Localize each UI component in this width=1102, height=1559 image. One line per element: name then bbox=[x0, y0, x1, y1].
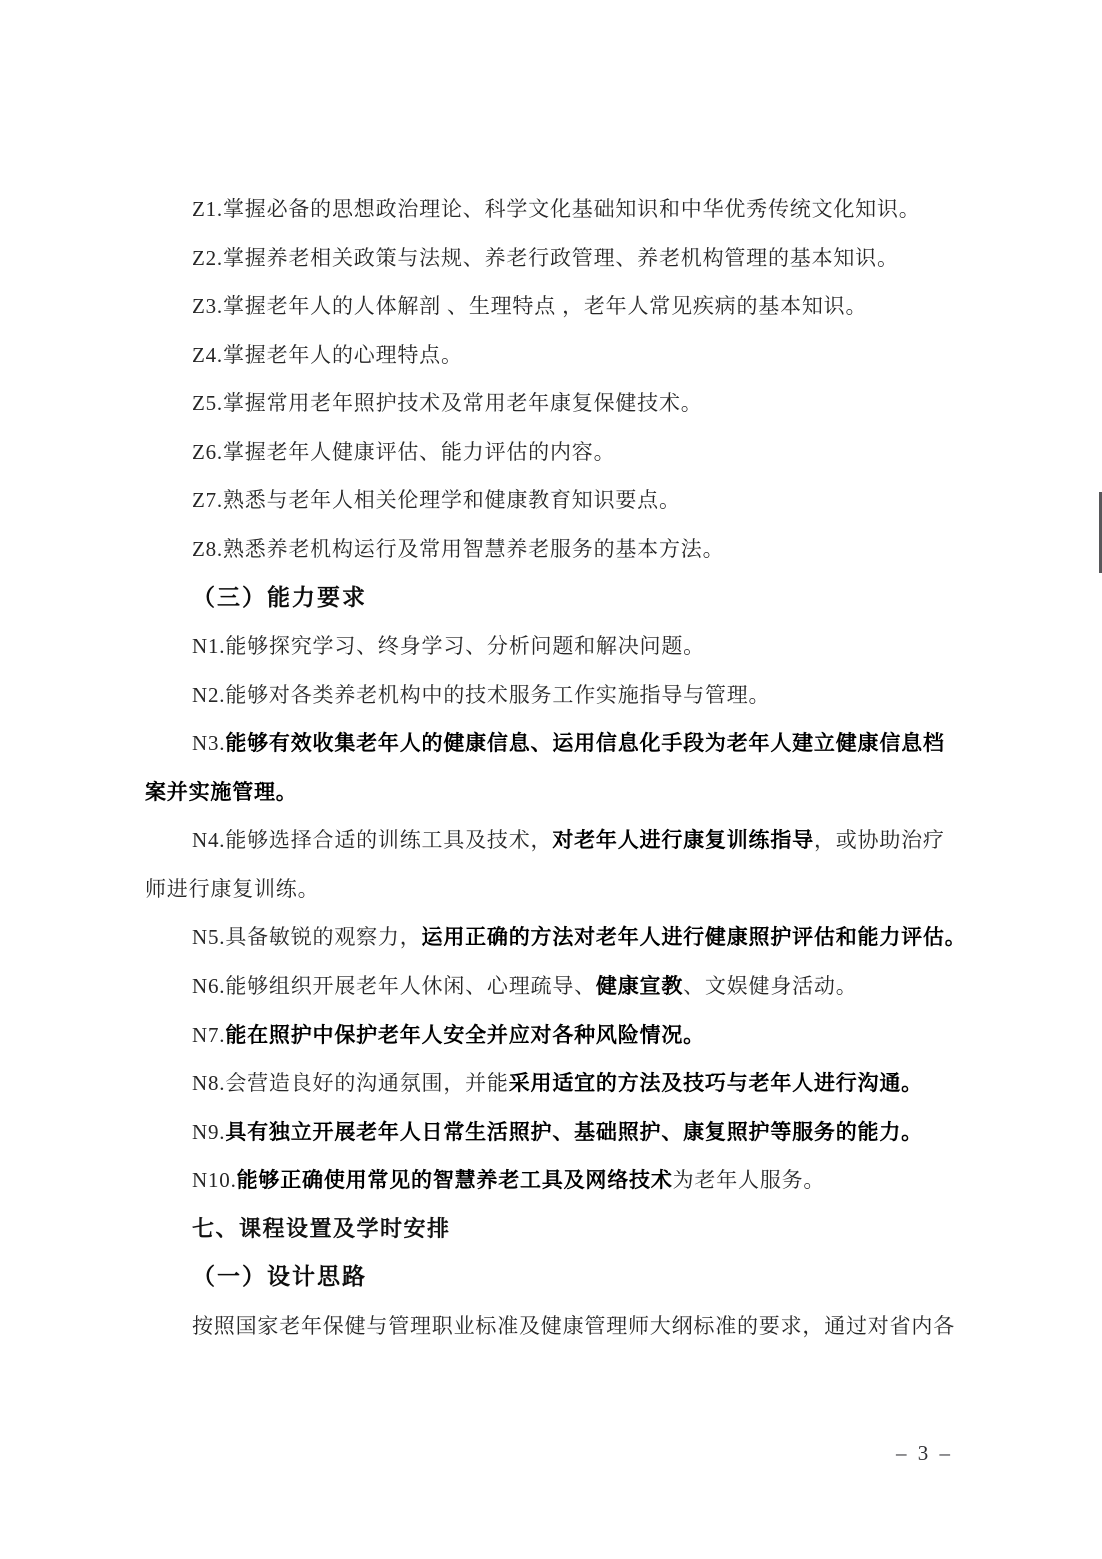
text-segment: 能够有效收集老年人的健康信息、运用信息化手段为老年人建立健康信息档 bbox=[225, 731, 944, 755]
text-segment: 能够正确使用常见的智慧养老工具及网络技术 bbox=[237, 1168, 673, 1192]
ability-item-n4-line2: 师进行康复训练。 bbox=[145, 865, 1005, 914]
text-segment: N6.能够组织开展老年人休闲、心理疏导、 bbox=[192, 974, 596, 998]
knowledge-item-z6: Z6.掌握老年人健康评估、能力评估的内容。 bbox=[145, 428, 1005, 477]
text-segment: Z5.掌握常用老年照护技术及常用老年康复保健技术。 bbox=[192, 391, 703, 415]
text-segment: N5.具备敏锐的观察力， bbox=[192, 925, 422, 949]
ability-item-n2: N2.能够对各类养老机构中的技术服务工作实施指导与管理。 bbox=[145, 671, 1005, 720]
heading-design-approach: （一）设计思路 bbox=[145, 1253, 1005, 1302]
text-segment: ，或协助治疗 bbox=[814, 828, 945, 852]
text-segment: 案并实施管理。 bbox=[145, 780, 298, 804]
knowledge-item-z5: Z5.掌握常用老年照护技术及常用老年康复保健技术。 bbox=[145, 379, 1005, 428]
text-segment: N10. bbox=[192, 1168, 237, 1192]
knowledge-item-z3: Z3.掌握老年人的人体解剖 、生理特点 ，老年人常见疾病的基本知识。 bbox=[145, 282, 1005, 331]
text-segment: 师进行康复训练。 bbox=[145, 877, 319, 901]
text-segment: Z2.掌握养老相关政策与法规、养老行政管理、养老机构管理的基本知识。 bbox=[192, 246, 899, 270]
knowledge-item-z1: Z1.掌握必备的思想政治理论、科学文化基础知识和中华优秀传统文化知识。 bbox=[145, 185, 1005, 234]
knowledge-item-z8: Z8.熟悉养老机构运行及常用智慧养老服务的基本方法。 bbox=[145, 525, 1005, 574]
text-segment: 采用适宜的方法及技巧与老年人进行沟通。 bbox=[509, 1071, 923, 1095]
ability-item-n4-line1: N4.能够选择合适的训练工具及技术，对老年人进行康复训练指导，或协助治疗 bbox=[145, 816, 1005, 865]
paragraph-design-intro: 按照国家老年保健与管理职业标准及健康管理师大纲标准的要求，通过对省内各 bbox=[145, 1302, 1005, 1351]
ability-item-n10: N10.能够正确使用常见的智慧养老工具及网络技术为老年人服务。 bbox=[145, 1156, 1005, 1205]
text-segment: 对老年人进行康复训练指导 bbox=[552, 828, 814, 852]
ability-item-n3-line2: 案并实施管理。 bbox=[145, 768, 1005, 817]
text-segment: N9. bbox=[192, 1120, 225, 1144]
document-page: Z1.掌握必备的思想政治理论、科学文化基础知识和中华优秀传统文化知识。Z2.掌握… bbox=[0, 0, 1102, 1559]
text-segment: 健康宣教 bbox=[596, 974, 683, 998]
page-number: – 3 – bbox=[896, 1438, 976, 1468]
heading-chapter-seven: 七、课程设置及学时安排 bbox=[145, 1205, 1005, 1254]
document-body: Z1.掌握必备的思想政治理论、科学文化基础知识和中华优秀传统文化知识。Z2.掌握… bbox=[145, 185, 1005, 1351]
text-segment: N8.会营造良好的沟通氛围，并能 bbox=[192, 1071, 509, 1095]
text-segment: Z6.掌握老年人健康评估、能力评估的内容。 bbox=[192, 440, 615, 464]
ability-item-n1: N1.能够探究学习、终身学习、分析问题和解决问题。 bbox=[145, 622, 1005, 671]
text-segment: Z4.掌握老年人的心理特点。 bbox=[192, 343, 463, 367]
ability-item-n7: N7.能在照护中保护老年人安全并应对各种风险情况。 bbox=[145, 1011, 1005, 1060]
text-segment: 按照国家老年保健与管理职业标准及健康管理师大纲标准的要求，通过对省内各 bbox=[192, 1314, 955, 1338]
knowledge-item-z7: Z7.熟悉与老年人相关伦理学和健康教育知识要点。 bbox=[145, 476, 1005, 525]
text-segment: 为老年人服务。 bbox=[673, 1168, 826, 1192]
knowledge-item-z4: Z4.掌握老年人的心理特点。 bbox=[145, 331, 1005, 380]
text-segment: 七、课程设置及学时安排 bbox=[192, 1216, 451, 1241]
text-segment: Z7.熟悉与老年人相关伦理学和健康教育知识要点。 bbox=[192, 488, 681, 512]
text-segment: N3. bbox=[192, 731, 225, 755]
ability-item-n6: N6.能够组织开展老年人休闲、心理疏导、健康宣教、文娱健身活动。 bbox=[145, 962, 1005, 1011]
text-segment: 能在照护中保护老年人安全并应对各种风险情况。 bbox=[225, 1023, 705, 1047]
text-segment: Z1.掌握必备的思想政治理论、科学文化基础知识和中华优秀传统文化知识。 bbox=[192, 197, 921, 221]
text-segment: 具有独立开展老年人日常生活照护、基础照护、康复照护等服务的能力。 bbox=[225, 1120, 923, 1144]
text-segment: N2.能够对各类养老机构中的技术服务工作实施指导与管理。 bbox=[192, 683, 770, 707]
text-segment: N1.能够探究学习、终身学习、分析问题和解决问题。 bbox=[192, 634, 705, 658]
text-segment: 、文娱健身活动。 bbox=[683, 974, 857, 998]
ability-item-n8: N8.会营造良好的沟通氛围，并能采用适宜的方法及技巧与老年人进行沟通。 bbox=[145, 1059, 1005, 1108]
text-segment: Z3.掌握老年人的人体解剖 、生理特点 ，老年人常见疾病的基本知识。 bbox=[192, 294, 867, 318]
text-segment: N4.能够选择合适的训练工具及技术， bbox=[192, 828, 552, 852]
ability-item-n9: N9.具有独立开展老年人日常生活照护、基础照护、康复照护等服务的能力。 bbox=[145, 1108, 1005, 1157]
ability-item-n3-line1: N3.能够有效收集老年人的健康信息、运用信息化手段为老年人建立健康信息档 bbox=[145, 719, 1005, 768]
knowledge-item-z2: Z2.掌握养老相关政策与法规、养老行政管理、养老机构管理的基本知识。 bbox=[145, 234, 1005, 283]
ability-item-n5: N5.具备敏锐的观察力，运用正确的方法对老年人进行健康照护评估和能力评估。 bbox=[145, 913, 1005, 962]
heading-ability-requirements: （三）能力要求 bbox=[145, 574, 1005, 623]
text-segment: Z8.熟悉养老机构运行及常用智慧养老服务的基本方法。 bbox=[192, 537, 724, 561]
text-segment: N7. bbox=[192, 1023, 225, 1047]
text-segment: 运用正确的方法对老年人进行健康照护评估和能力评估。 bbox=[422, 925, 967, 949]
text-segment: （一）设计思路 bbox=[192, 1264, 367, 1289]
text-segment: （三）能力要求 bbox=[192, 585, 367, 610]
